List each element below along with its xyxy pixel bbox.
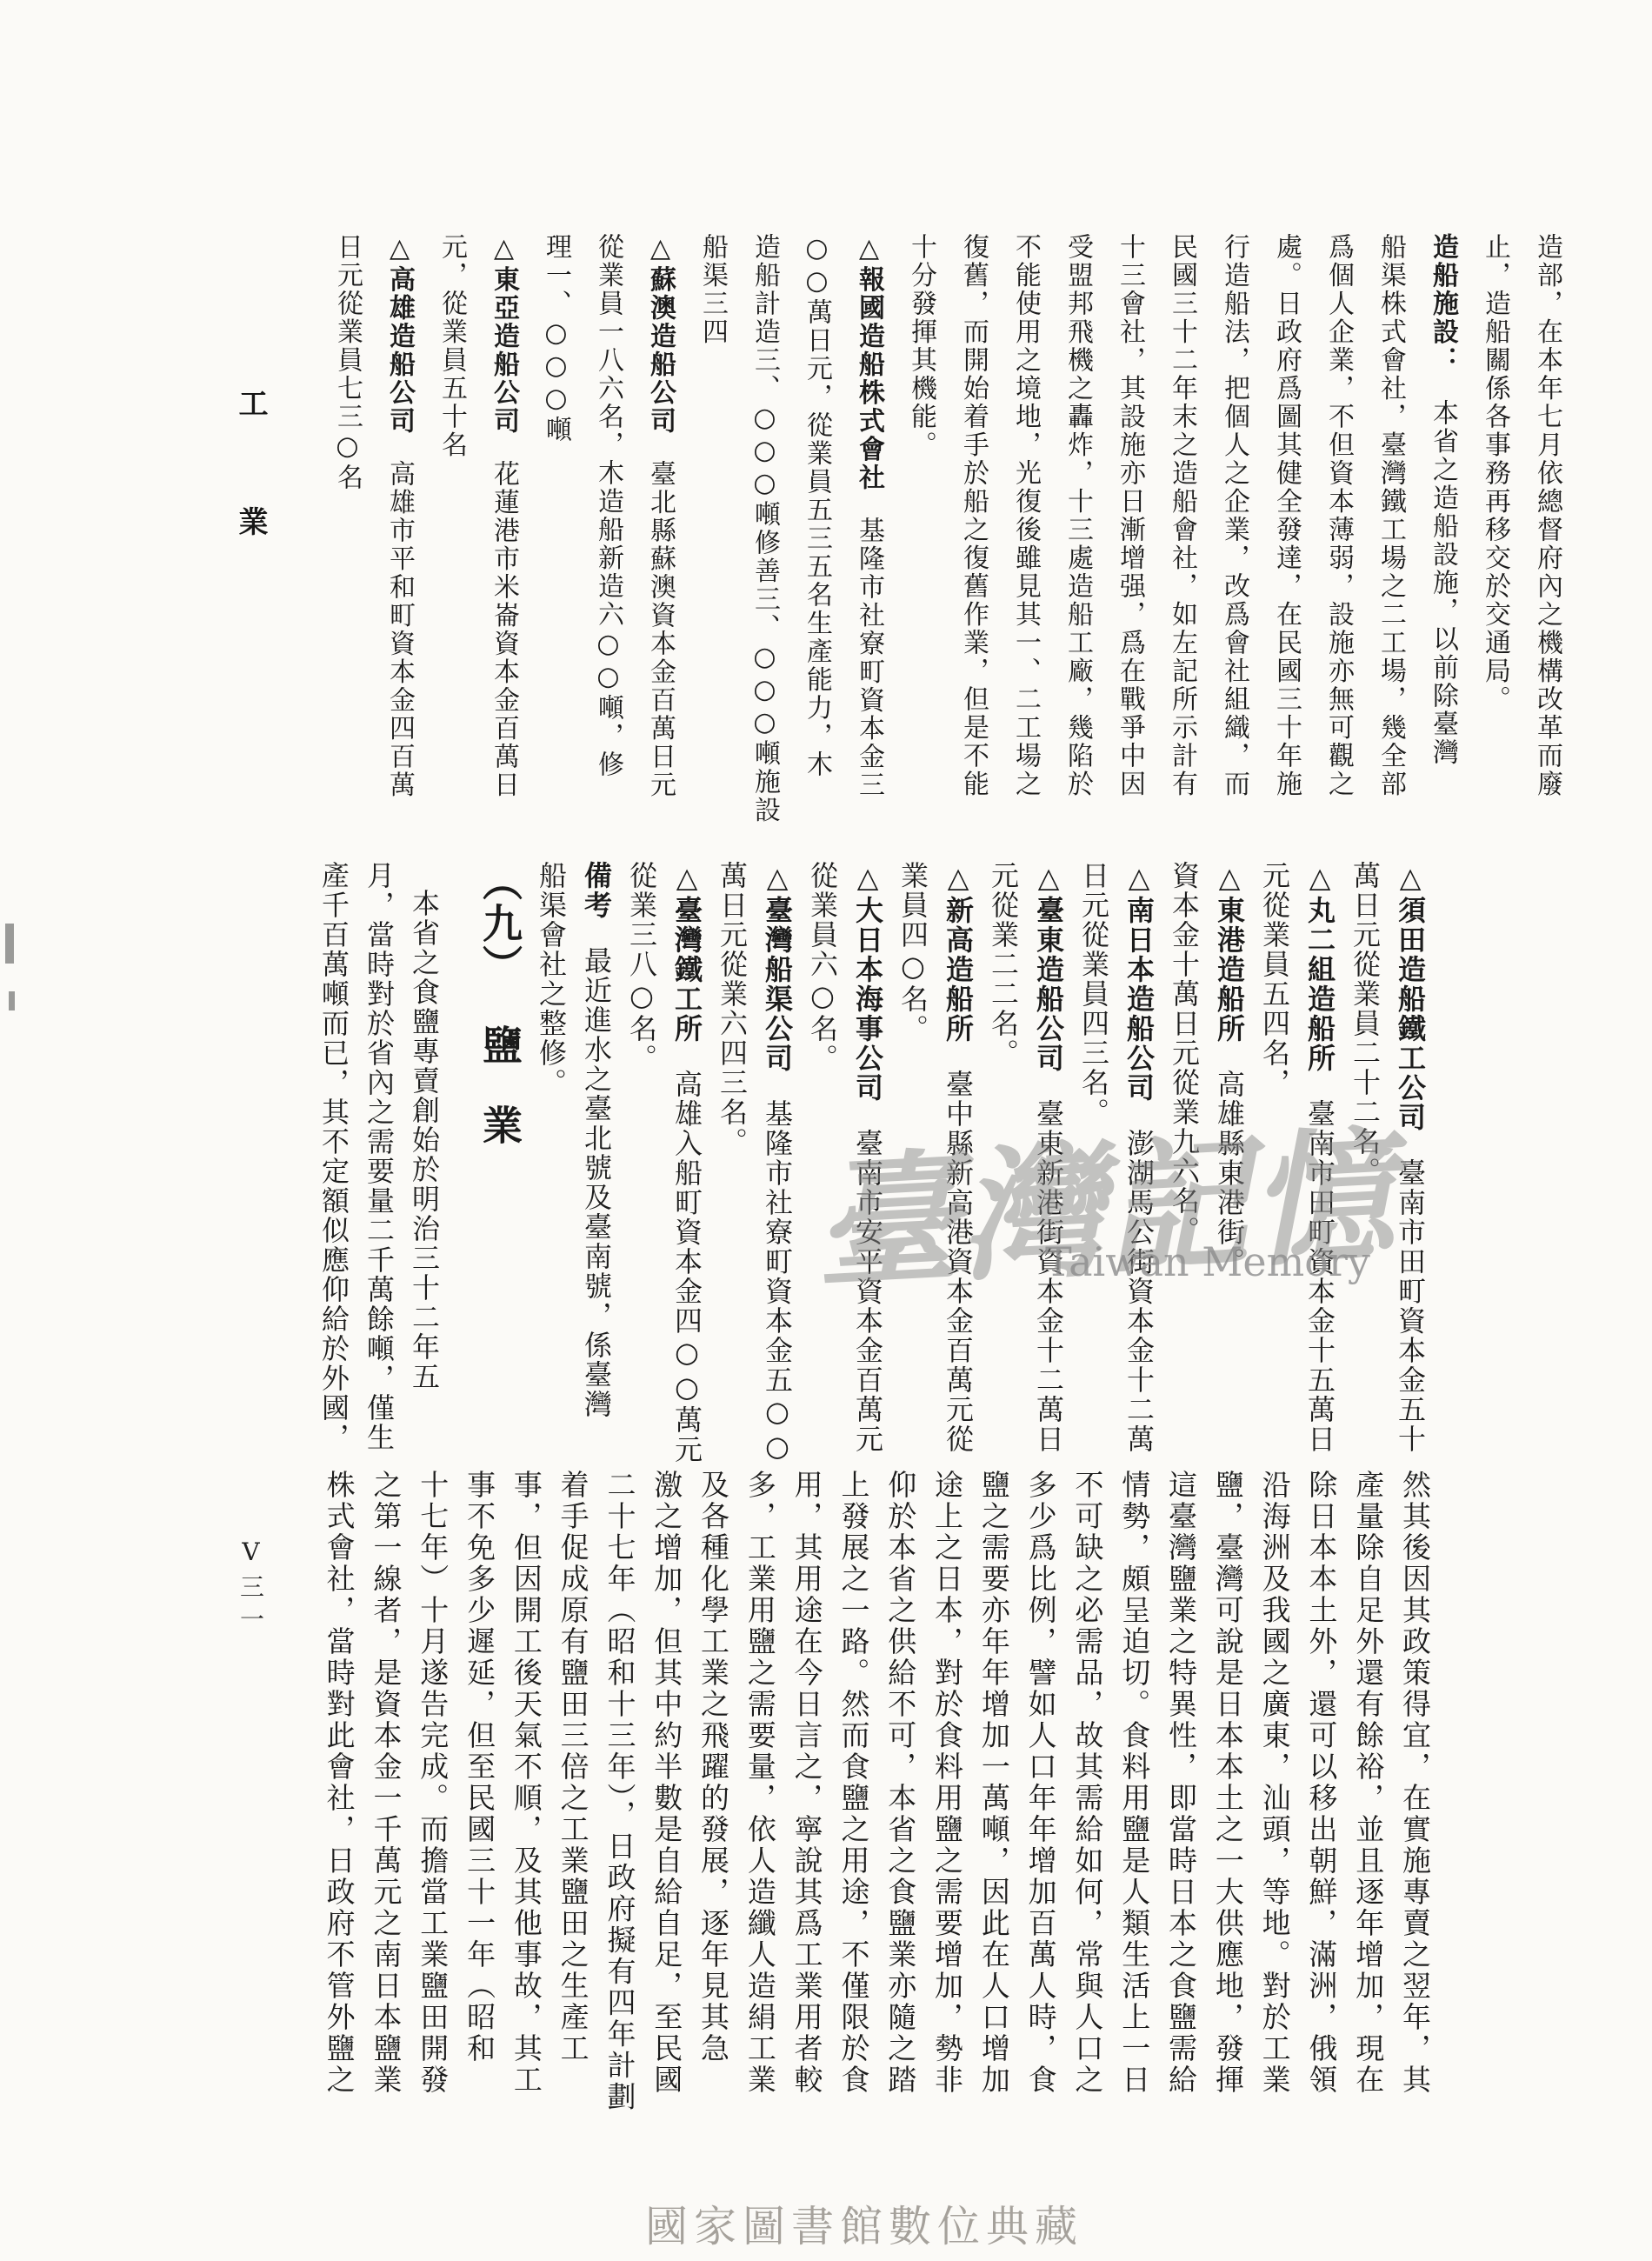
column-heading-text: △大日本海事公司 [851,861,884,1103]
scan-speck [9,991,15,1010]
column-heading-text: △南日本造船公司 [1122,861,1156,1103]
column-heading-text: 業 [476,1104,523,1146]
column-heading-text: △新高造船所 [942,861,975,1044]
column-body-text: 途上之日本，對於食料用鹽之需要增加，勢非 [930,1470,964,2096]
column-body-text: 行造船法，把個人之企業，改爲會社組織，而 [1219,233,1249,798]
column-body-text: 基隆市社寮町資本金五○○ [761,1099,794,1464]
text-column: 鹽，臺灣可說是日本本土之一大供應地，發揮 [1196,1470,1242,2174]
text-column: 船渠三四 [673,233,725,850]
column-body-text: 民國三十二年末之造船會社，如左記所示計有 [1167,233,1197,798]
column-body-text: 多少爲比例，譬如人口年年增加百萬人時，食 [1024,1470,1058,2096]
column-heading-text: △臺灣鐵工所 [670,861,703,1044]
text-column: 上發展之一路。然而食鹽之用途，不僅限於食 [822,1470,869,2174]
text-column: △東港造船所高雄縣東港街。 [1198,861,1243,1487]
column-heading-text: △臺灣船渠公司 [761,861,794,1073]
column-body-text: 臺南市田町資本金五十 [1394,1158,1427,1454]
text-column: 然其後因其政策得宜，在實施專賣之翌年，其 [1382,1470,1429,2174]
text-column: △高雄造船公司高雄市平和町資本金四百萬 [360,233,412,850]
column-body-text: 不能使用之境地，光復後雖見其一、二工場之 [1010,233,1041,798]
column-body-text: 從業三八○名。 [625,861,658,1073]
text-column: 止，造船關係各事務再移交於交通局。 [1455,233,1508,850]
text-column: 受盟邦飛機之轟炸，十三處造船工廠，幾陷於 [1038,233,1090,850]
text-column: 船渠會社之整修。 [520,861,565,1487]
scan-speck [5,924,14,964]
column-heading-text: △高雄造船公司 [384,233,415,436]
text-column: 用，其用途在今日言之，寧說其爲工業用者較 [775,1470,822,2174]
column-body-text: 月，當時對於省內之需要量二千萬餘噸，僅生 [363,861,396,1452]
text-column: △臺東造船公司臺東新港街資本金十二萬日 [1017,861,1062,1487]
column-body-text: 造船計造三、○○○噸修善三、○○○噸施設 [749,233,780,824]
text-column: 處。日政府爲圖其健全發達，在民國三十年施 [1247,233,1299,850]
column-body-text: 本省之造船設施，以前除臺灣 [1428,399,1458,767]
column-body-text: ○○萬日元，從業員五三五名生產能力，木 [802,233,832,779]
text-column: 萬日元從業六四三名。 [701,861,746,1487]
text-column: △蘇澳造船公司臺北縣蘇澳資本金百萬日元 [621,233,673,850]
margin-label-industry: 工業 [230,388,272,624]
column-body-text: 事，但因開工後天氣不順，及其他事故，其工 [510,1470,543,2096]
column-body-text: 臺南市田町資本金十五萬日 [1303,1099,1336,1454]
text-column: 十分發揮其機能。 [882,233,934,850]
column-body-text: 止，造船關係各事務再移交於交通局。 [1480,233,1510,714]
text-column: 產千百萬噸而已，其不定額似應仰給於外國， [303,861,348,1487]
column-body-text: 從業員六○名。 [806,861,839,1073]
column-body-text: 這臺灣鹽業之特異性，即當時日本之食鹽需給 [1164,1470,1198,2096]
text-column: 不能使用之境地，光復後雖見其一、二工場之 [986,233,1038,850]
text-column: 元從業二二名。 [972,861,1017,1487]
text-column: 爲個人企業，不但資本薄弱，設施亦無可觀之 [1299,233,1351,850]
column-body-text: 理一、○○○噸 [541,233,571,444]
column-body-text: 十七年）十月遂告完成。而擔當工業鹽田開發 [416,1470,450,2096]
column-body-text: 用，其用途在今日言之，寧說其爲工業用者較 [790,1470,824,2096]
column-body-text: 及各種化學工業之飛躍的發展，逐年見其急 [696,1470,730,2064]
column-body-text: 爲個人企業，不但資本薄弱，設施亦無可觀之 [1323,233,1354,798]
column-body-text: 元從業二二名。 [987,861,1020,1068]
column-heading-text: 備考 [580,861,613,920]
text-column: 這臺灣鹽業之特異性，即當時日本之食鹽需給 [1149,1470,1196,2174]
text-column: 元，從業員五十名 [412,233,464,850]
column-body-text: 鹽之需要亦年年增加一萬噸，因此在人口增加 [977,1470,1011,2096]
text-column: 理一、○○○噸 [516,233,569,850]
text-column: 之第一線者，是資本金一千萬元之南日本鹽業 [354,1470,401,2174]
page-number: V三一 [233,1537,268,1638]
column-body-text: 本省之食鹽專賣創始於明治三十二年五 [408,889,441,1391]
column-body-text: 澎湖馬公街資本金十二萬 [1122,1129,1156,1454]
text-column: 事，但因開工後天氣不順，及其他事故，其工 [494,1470,541,2174]
text-column: 從業員一八六名，木造船新造六○○噸，修 [569,233,621,850]
text-column: △大日本海事公司臺南市安平資本金百萬元 [836,861,882,1487]
column-body-text: 船渠三四 [697,233,728,346]
text-column: 造船計造三、○○○噸修善三、○○○噸施設 [725,233,777,850]
column-heading-text: △臺東造船公司 [1032,861,1065,1073]
text-column: 日元從業員七三○名 [308,233,360,850]
text-column: 產量除自足外還有餘裕，並且逐年增加，現在 [1336,1470,1382,2174]
column-body-text: 產量除自足外還有餘裕，並且逐年增加，現在 [1351,1470,1385,2096]
column-body-text: 鹽，臺灣可說是日本本土之一大供應地，發揮 [1211,1470,1245,2096]
column-heading-text: 鹽 [476,1024,523,1066]
text-column: 不可缺之必需品，故其需給如何，常與人口之 [1056,1470,1102,2174]
column-body-text: 處。日政府爲圖其健全發達，在民國三十年施 [1271,233,1302,798]
column-body-text: 業員四○名。 [896,861,929,1044]
text-column: 途上之日本，對於食料用鹽之需要增加，勢非 [915,1470,962,2174]
column-body-text: 不可缺之必需品，故其需給如何，常與人口之 [1070,1470,1104,2096]
text-column: 民國三十二年末之造船會社，如左記所示計有 [1142,233,1195,850]
text-column: △臺灣船渠公司基隆市社寮町資本金五○○ [746,861,791,1487]
text-column: 多少爲比例，譬如人口年年增加百萬人時，食 [1009,1470,1056,2174]
text-column: 造船施設：本省之造船設施，以前除臺灣 [1403,233,1455,850]
column-body-text: 仰於本省之供給不可，本省之食鹽業亦隨之踏 [883,1470,917,2096]
column-body-text: 資本金十萬日元從業九六名。 [1168,861,1201,1245]
column-body-text: 之第一線者，是資本金一千萬元之南日本鹽業 [369,1470,403,2096]
column-body-text: 元，從業員五十名 [436,233,467,459]
column-body-text: 高雄市平和町資本金四百萬 [384,460,415,799]
text-column: 十三會社，其設施亦日漸增强，爲在戰爭中因 [1090,233,1142,850]
text-column: 船渠株式會社，臺灣鐵工場之二工場，幾全部 [1351,233,1403,850]
text-column: 激之增加，但其中約半數是自給自足，至民國 [634,1470,681,2174]
column-body-text: 船渠株式會社，臺灣鐵工場之二工場，幾全部 [1376,233,1406,798]
column-body-text: 從業員一八六名，木造船新造六○○噸，修 [593,233,623,779]
text-column: 本省之食鹽專賣創始於明治三十二年五 [393,861,438,1487]
column-body-text: 日元從業員四三名。 [1077,861,1110,1127]
column-body-text: 沿海洲及我國之廣東，汕頭，等地。對於工業 [1258,1470,1292,2096]
column-body-text: 激之增加，但其中約半數是自給自足，至民國 [649,1470,683,2096]
text-column: 情勢，頗呈迫切。食料用鹽是人類生活上一日 [1102,1470,1149,2174]
text-column: 事不免多少遲延，但至民國三十一年（昭和 [447,1470,494,2174]
text-column: 多，工業用鹽之需要量，依人造纖人造絹工業 [728,1470,775,2174]
text-column: 仰於本省之供給不可，本省之食鹽業亦隨之踏 [868,1470,915,2174]
column-body-text: 萬日元從業六四三名。 [716,861,749,1157]
text-column: △新高造船所臺中縣新高港資本金百萬元從 [927,861,972,1487]
column-body-text: 臺東新港街資本金十二萬日 [1032,1099,1065,1454]
text-column: 業員四○名。 [882,861,927,1487]
column-body-text: 除日本本土外，還可以移出朝鮮，滿洲，俄領 [1304,1470,1338,2096]
library-digital-archive-caption: 國家圖書館數位典藏 [645,2193,1083,2254]
column-body-text: 元從業員五四名， [1258,861,1291,1097]
column-body-text: 事不免多少遲延，但至民國三十一年（昭和 [463,1470,496,2064]
text-column: △報國造船株式會社基隆市社寮町資本金三 [829,233,882,850]
column-body-text: 最近進水之臺北號及臺南號，係臺灣 [580,946,613,1419]
text-column: 元從業員五四名， [1243,861,1289,1487]
text-column: 及各種化學工業之飛躍的發展，逐年見其急 [681,1470,728,2174]
text-block-shipyard-list-and-salt-section-heading: △須田造船鐵工公司臺南市田町資本金五十萬日元從業員二十二名。△丸二組造船所臺南市… [301,861,1424,1487]
column-body-text: 復舊，而開始着手於船之復舊作業，但是不能 [958,233,989,798]
text-column: 造部，在本年七月依總督府內之機構改革而廢 [1508,233,1560,850]
text-block-salt-industry: 然其後因其政策得宜，在實施專賣之翌年，其產量除自足外還有餘裕，並且逐年增加，現在… [304,1470,1429,2174]
text-column: 十七年）十月遂告完成。而擔當工業鹽田開發 [400,1470,447,2174]
text-column: 復舊，而開始着手於船之復舊作業，但是不能 [934,233,986,850]
column-body-text: 情勢，頗呈迫切。食料用鹽是人類生活上一日 [1117,1470,1151,2096]
text-column: 從業三八○名。 [610,861,656,1487]
column-body-text: 萬日元從業員二十二名。 [1349,861,1382,1186]
column-body-text: 臺北縣蘇澳資本金百萬日元 [645,460,676,799]
column-body-text: 花蓮港市米崙資本金百萬日 [489,460,519,799]
column-body-text: 臺中縣新高港資本金百萬元從 [942,1070,975,1454]
text-column: 萬日元從業員二十二名。 [1334,861,1379,1487]
text-column: 月，當時對於省內之需要量二千萬餘噸，僅生 [348,861,393,1487]
text-block-shipbuilding-overview: 造部，在本年七月依總督府內之機構改革而廢止，造船關係各事務再移交於交通局。造船施… [306,233,1560,850]
column-heading-text: （九） [476,861,523,986]
column-body-text: 着手促成原有鹽田三倍之工業鹽田之生產工 [556,1470,590,2064]
text-column: △須田造船鐵工公司臺南市田町資本金五十 [1379,861,1424,1487]
text-column: 從業員六○名。 [791,861,836,1487]
column-body-text: 十分發揮其機能。 [906,233,936,459]
column-body-text: 二十七年（昭和十三年），日政府擬有四年計劃 [603,1470,636,2113]
column-heading-text: △東港造船所 [1213,861,1246,1044]
text-column: ○○萬日元，從業員五三五名生產能力，木 [777,233,829,850]
column-body-text: 產千百萬噸而已，其不定額似應仰給於外國， [317,861,350,1452]
text-column: △南日本造船公司澎湖馬公街資本金十二萬 [1108,861,1153,1487]
column-body-text: 高雄入船町資本金四○○萬元 [670,1070,703,1464]
text-column: 行造船法，把個人之企業，改爲會社組織，而 [1195,233,1247,850]
column-body-text: 然其後因其政策得宜，在實施專賣之翌年，其 [1398,1470,1432,2096]
column-body-text: 日元從業員七三○名 [332,233,363,492]
text-column: 沿海洲及我國之廣東，汕頭，等地。對於工業 [1242,1470,1289,2174]
column-body-text: 多，工業用鹽之需要量，依人造纖人造絹工業 [743,1470,777,2096]
column-heading-text: △報國造船株式會社 [854,233,884,492]
text-column: △臺灣鐵工所高雄入船町資本金四○○萬元 [656,861,701,1487]
text-column: △丸二組造船所臺南市田町資本金十五萬日 [1289,861,1334,1487]
text-column: 資本金十萬日元從業九六名。 [1153,861,1198,1487]
text-column: 株式會社，當時對此會社，日政府不管外鹽之 [307,1470,354,2174]
column-heading-text: △東亞造船公司 [489,233,519,436]
column-body-text: 上發展之一路。然而食鹽之用途，不僅限於食 [836,1470,870,2096]
column-heading-text: △蘇澳造船公司 [645,233,676,436]
column-body-text: 臺南市安平資本金百萬元 [851,1129,884,1454]
column-body-text: 基隆市社寮町資本金三 [854,517,884,799]
column-heading-text: △丸二組造船所 [1303,861,1336,1073]
column-body-text: 高雄縣東港街。 [1213,1070,1246,1277]
column-body-text: 十三會社，其設施亦日漸增强，爲在戰爭中因 [1115,233,1145,798]
column-body-text: 株式會社，當時對此會社，日政府不管外鹽之 [323,1470,356,2096]
column-heading-text: 造船施設： [1428,233,1458,375]
column-body-text: 造部，在本年七月依總督府內之機構改革而廢 [1532,233,1562,798]
text-column: 着手促成原有鹽田三倍之工業鹽田之生產工 [541,1470,588,2174]
text-column: 鹽之需要亦年年增加一萬噸，因此在人口增加 [962,1470,1009,2174]
column-heading-text: △須田造船鐵工公司 [1394,861,1427,1132]
section-heading-salt-industry: （九）鹽業 [438,861,520,1487]
text-column: 備考最近進水之臺北號及臺南號，係臺灣 [565,861,610,1487]
text-column: 二十七年（昭和十三年），日政府擬有四年計劃 [588,1470,635,2174]
text-column: △東亞造船公司花蓮港市米崙資本金百萬日 [464,233,516,850]
column-body-text: 船渠會社之整修。 [535,861,568,1097]
text-column: 除日本本土外，還可以移出朝鮮，滿洲，俄領 [1289,1470,1336,2174]
column-body-text: 受盟邦飛機之轟炸，十三處造船工廠，幾陷於 [1062,233,1093,798]
text-column: 日元從業員四三名。 [1062,861,1108,1487]
